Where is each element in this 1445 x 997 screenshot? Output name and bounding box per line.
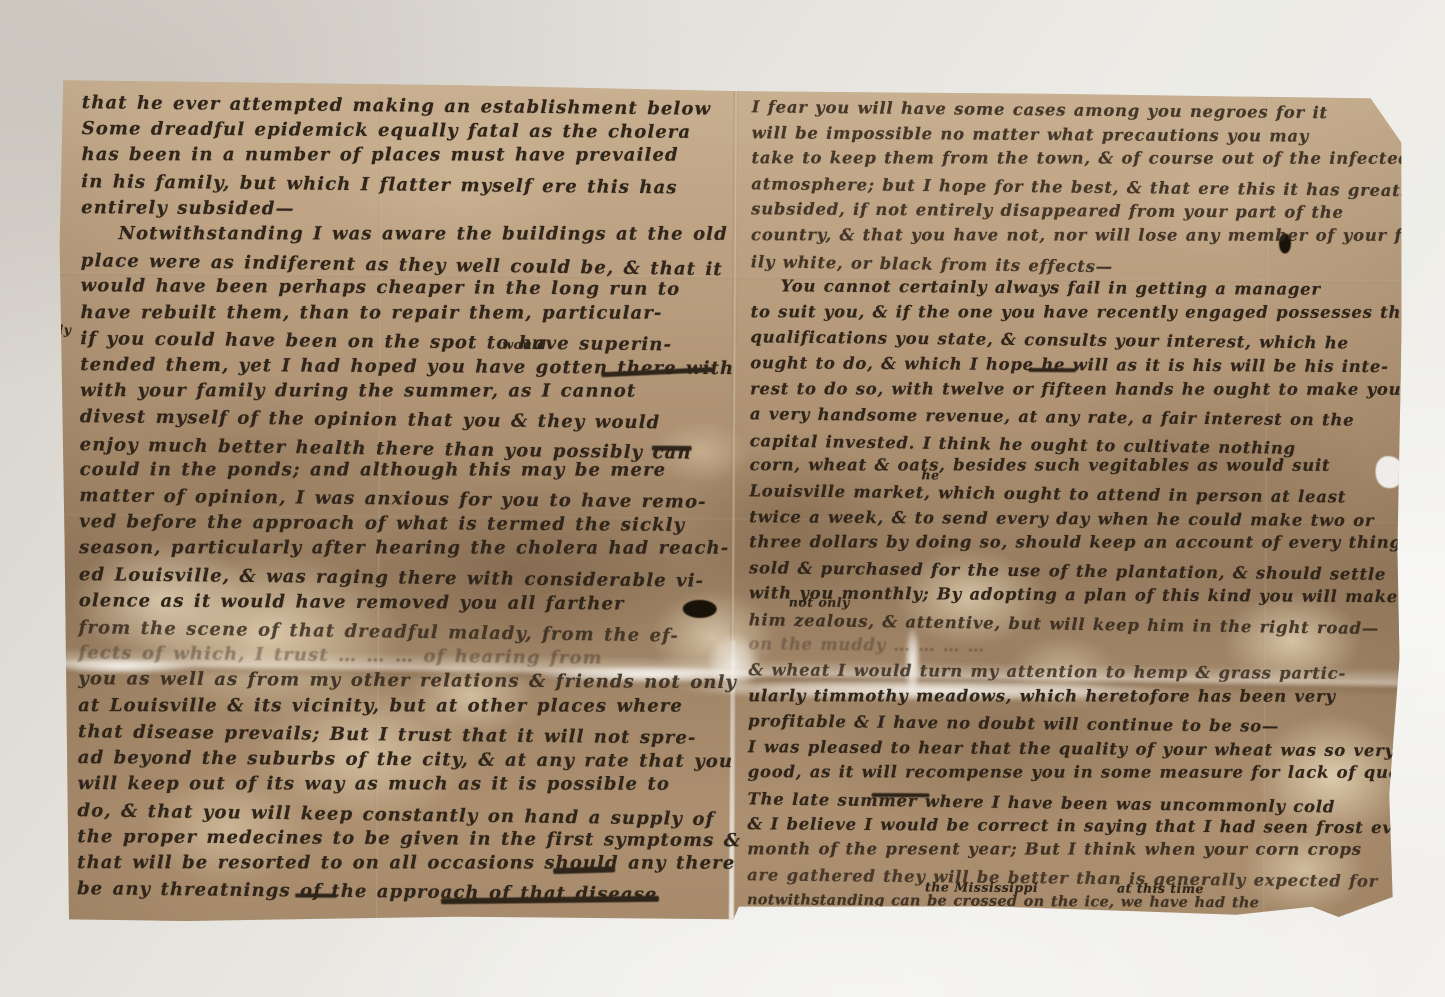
interlinear-insertion: not only xyxy=(789,594,850,609)
manuscript-line: Notwithstanding I was aware the building… xyxy=(81,221,736,248)
interlinear-insertion: would xyxy=(502,337,546,352)
right-page-text: I fear you will have some cases among yo… xyxy=(747,94,1402,917)
manuscript-line: be any threatnings of the approach of th… xyxy=(77,876,732,909)
interlinear-insertion: the Mississippi xyxy=(925,879,1038,895)
manuscript-line: have rebuilt them, than to repair them, … xyxy=(81,300,736,327)
manuscript-line: with your family during the summer, as I… xyxy=(80,378,735,405)
left-page-text: that he ever attempted making an establi… xyxy=(77,90,737,906)
manuscript-line: has been in a number of places must have… xyxy=(82,143,737,170)
manuscript-line: corn, wheat & oats, besides such vegitab… xyxy=(750,453,1400,479)
manuscript-line: at Louisville & its vicinity, but at oth… xyxy=(78,693,733,720)
manuscript-line: good, as it will recompense you in some … xyxy=(748,760,1398,786)
manuscript-line: to suit you, & if the one you have recen… xyxy=(751,299,1401,325)
interlinear-insertion: ly xyxy=(58,322,71,337)
interlinear-insertion: at this time xyxy=(1117,880,1204,896)
manuscript-line: three dollars by doing so, should keep a… xyxy=(749,529,1399,555)
manuscript-line: will keep out of its way as much as it i… xyxy=(78,771,733,798)
interlinear-insertion: he xyxy=(922,467,940,482)
manuscript-line: take to keep them from the town, & of co… xyxy=(751,145,1401,171)
manuscript-line: country, & that you have not, nor will l… xyxy=(751,222,1401,248)
manuscript-line: ularly timmothy meadows, which heretofor… xyxy=(748,683,1398,709)
letter-paper: that he ever attempted making an establi… xyxy=(53,76,1403,929)
manuscript-line: month of the present year; But I think w… xyxy=(747,836,1397,862)
manuscript-line: rest to do so, with twelve or fifteen ha… xyxy=(750,376,1400,402)
manuscript-line: season, particularly after hearing the c… xyxy=(79,536,734,563)
manuscript-line: could in the ponds; and although this ma… xyxy=(80,457,735,484)
photo-of-letter: that he ever attempted making an establi… xyxy=(0,0,1445,997)
manuscript-line: notwithstanding can be crossed on the ic… xyxy=(747,888,1397,918)
manuscript-line: that will be resorted to on all occasion… xyxy=(77,850,732,877)
